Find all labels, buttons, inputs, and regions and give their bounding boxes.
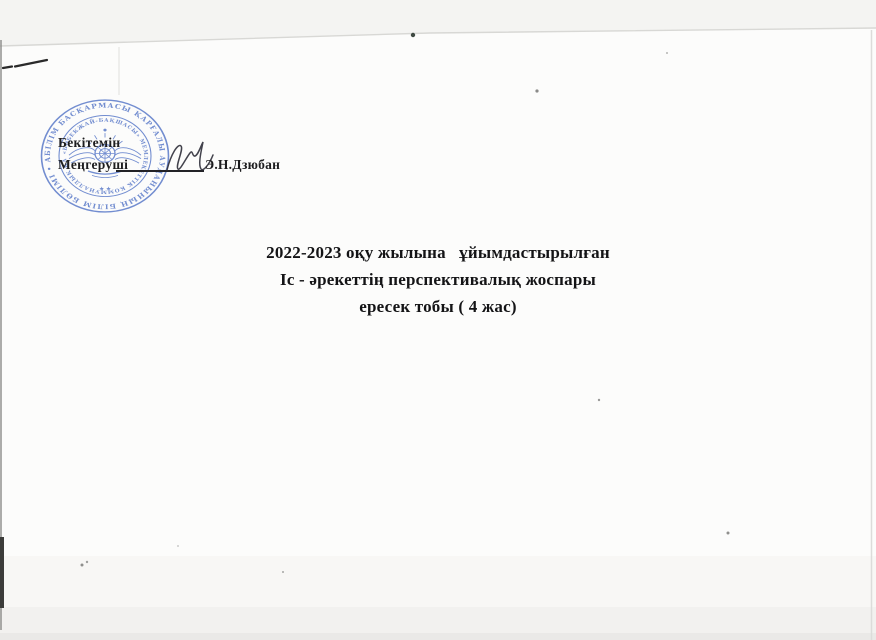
stamp-stars: ★ ★ <box>99 186 111 193</box>
approve-label: Бекітемін <box>58 136 121 150</box>
left-scan-edge-dark-strip <box>0 537 4 608</box>
document-title: 2022-2023 оқу жылына ұйымдастырылған Іс … <box>0 242 876 323</box>
bottom-shade-band-3 <box>0 633 876 640</box>
bottom-shade-band-1 <box>0 556 876 607</box>
bottom-shade-band-2 <box>0 607 876 633</box>
official-round-stamp: БІЛІМ БАСҚАРМАСЫ ҚАРҒАЛЫ АУДАНЫНЫҢ БІЛІМ… <box>38 97 172 215</box>
title-line-2: Іс - әрекеттің перспективалық жоспары <box>0 269 876 296</box>
scanner-lid-band <box>0 0 876 46</box>
role-label: Меңгеруші <box>58 158 128 172</box>
scanned-document-page: БІЛІМ БАСҚАРМАСЫ ҚАРҒАЛЫ АУДАНЫНЫҢ БІЛІМ… <box>0 0 876 640</box>
pen-mark <box>3 60 47 68</box>
title-line-1: 2022-2023 оқу жылына ұйымдастырылған <box>0 242 876 269</box>
signer-name: Э.Н.Дзюбан <box>205 158 280 172</box>
title-line-3: ересек тобы ( 4 жас) <box>0 296 876 323</box>
